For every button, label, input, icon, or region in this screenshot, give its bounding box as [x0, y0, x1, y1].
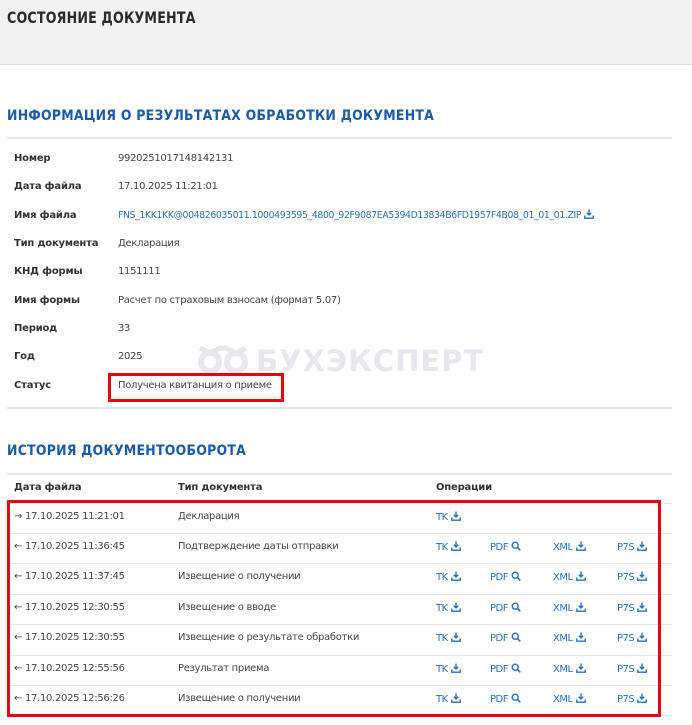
- info-row: КНД формы1151111: [0, 262, 692, 282]
- info-value-text: Расчет по страховым взносам (формат 5.07…: [118, 295, 341, 306]
- info-value-text: 9920251017148142131: [118, 153, 233, 164]
- info-label: Имя формы: [14, 291, 80, 311]
- info-label: Дата файла: [14, 177, 81, 197]
- info-value-text[interactable]: FNS_1KK1KK@004826035011.1000493595_4800_…: [118, 210, 581, 221]
- page-header: СОСТОЯНИЕ ДОКУМЕНТА: [0, 0, 692, 65]
- divider: [7, 473, 672, 475]
- info-label: Номер: [14, 149, 50, 169]
- info-label: Год: [14, 347, 35, 367]
- divider: [7, 407, 672, 409]
- info-value: Декларация: [118, 234, 179, 254]
- info-label: Тип документа: [14, 234, 98, 254]
- file-name-link[interactable]: FNS_1KK1KK@004826035011.1000493595_4800_…: [118, 206, 594, 226]
- history-section-title: ИСТОРИЯ ДОКУМЕНТООБОРОТА: [7, 443, 246, 459]
- column-header-operations: Операции: [436, 478, 492, 498]
- info-value: 9920251017148142131: [118, 149, 233, 169]
- info-section-title: ИНФОРМАЦИЯ О РЕЗУЛЬТАТАХ ОБРАБОТКИ ДОКУМ…: [7, 108, 434, 124]
- info-value: 2025: [118, 347, 142, 367]
- info-value: 1151111: [118, 262, 160, 282]
- info-value-text: 2025: [118, 351, 142, 362]
- info-label: Имя файла: [14, 206, 76, 226]
- info-value-text: Декларация: [118, 238, 179, 249]
- history-highlight-box: [7, 500, 661, 717]
- info-row: Год2025: [0, 347, 692, 367]
- column-header-date: Дата файла: [14, 478, 81, 498]
- info-row: СтатусПолучена квитанция о приеме: [0, 376, 692, 396]
- info-value-text: 17.10.2025 11:21:01: [118, 181, 218, 192]
- info-value: Расчет по страховым взносам (формат 5.07…: [118, 291, 341, 311]
- info-value-text: 33: [118, 323, 130, 334]
- download-icon[interactable]: [584, 207, 594, 217]
- info-row: Тип документаДекларация: [0, 234, 692, 254]
- info-row: Дата файла17.10.2025 11:21:01: [0, 177, 692, 197]
- status-highlight-box: [108, 373, 284, 402]
- info-label: Статус: [14, 376, 51, 396]
- info-label: КНД формы: [14, 262, 82, 282]
- info-row: Имя файлаFNS_1KK1KK@004826035011.1000493…: [0, 206, 692, 226]
- info-row: Имя формыРасчет по страховым взносам (фо…: [0, 291, 692, 311]
- column-header-type: Тип документа: [178, 478, 262, 498]
- info-value: 17.10.2025 11:21:01: [118, 177, 218, 197]
- page-title: СОСТОЯНИЕ ДОКУМЕНТА: [7, 8, 196, 27]
- info-label: Период: [14, 319, 57, 339]
- info-row: Номер9920251017148142131: [0, 149, 692, 169]
- info-row: Период33: [0, 319, 692, 339]
- info-value: 33: [118, 319, 130, 339]
- divider: [7, 137, 672, 139]
- info-value-text: 1151111: [118, 266, 160, 277]
